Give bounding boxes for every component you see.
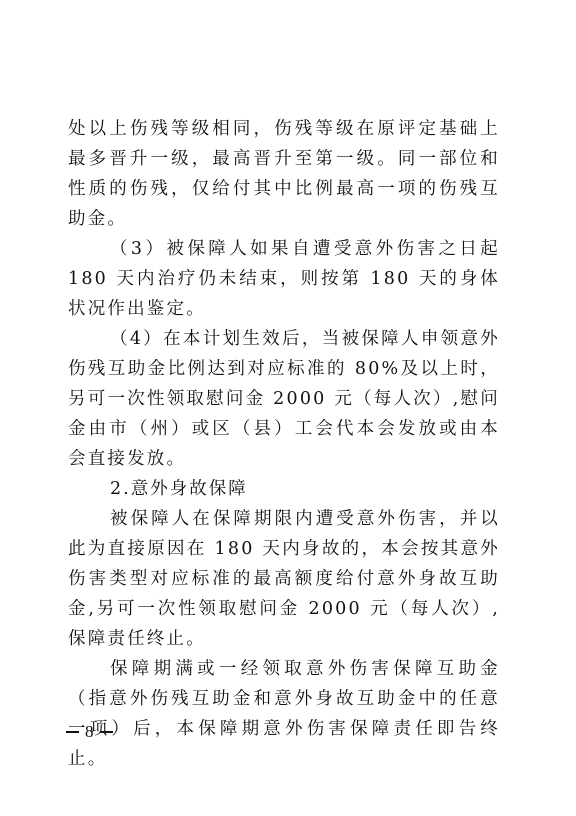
dash-right bbox=[100, 731, 113, 733]
document-body: 处以上伤残等级相同，伤残等级在原评定基础上最多晋升一级，最高晋升至第一级。同一部… bbox=[68, 114, 500, 774]
paragraph-disability-level: 处以上伤残等级相同，伤残等级在原评定基础上最多晋升一级，最高晋升至第一级。同一部… bbox=[68, 114, 500, 234]
paragraph-item-3: （3）被保障人如果自遭受意外伤害之日起 180 天内治疗仍未结束，则按第 180… bbox=[68, 234, 500, 324]
paragraph-item-4: （4）在本计划生效后，当被保障人申领意外伤残互助金比例达到对应标准的 80%及以… bbox=[68, 324, 500, 474]
page-footer: 8 bbox=[66, 722, 113, 742]
section-heading-accidental-death: 2.意外身故保障 bbox=[68, 474, 500, 504]
paragraph-coverage-termination: 保障期满或一经领取意外伤害保障互助金（指意外伤残互助金和意外身故互助金中的任意一… bbox=[68, 654, 500, 774]
dash-left bbox=[66, 731, 79, 733]
page-number: 8 bbox=[85, 722, 94, 742]
paragraph-accidental-death: 被保障人在保障期限内遭受意外伤害，并以此为直接原因在 180 天内身故的，本会按… bbox=[68, 504, 500, 654]
